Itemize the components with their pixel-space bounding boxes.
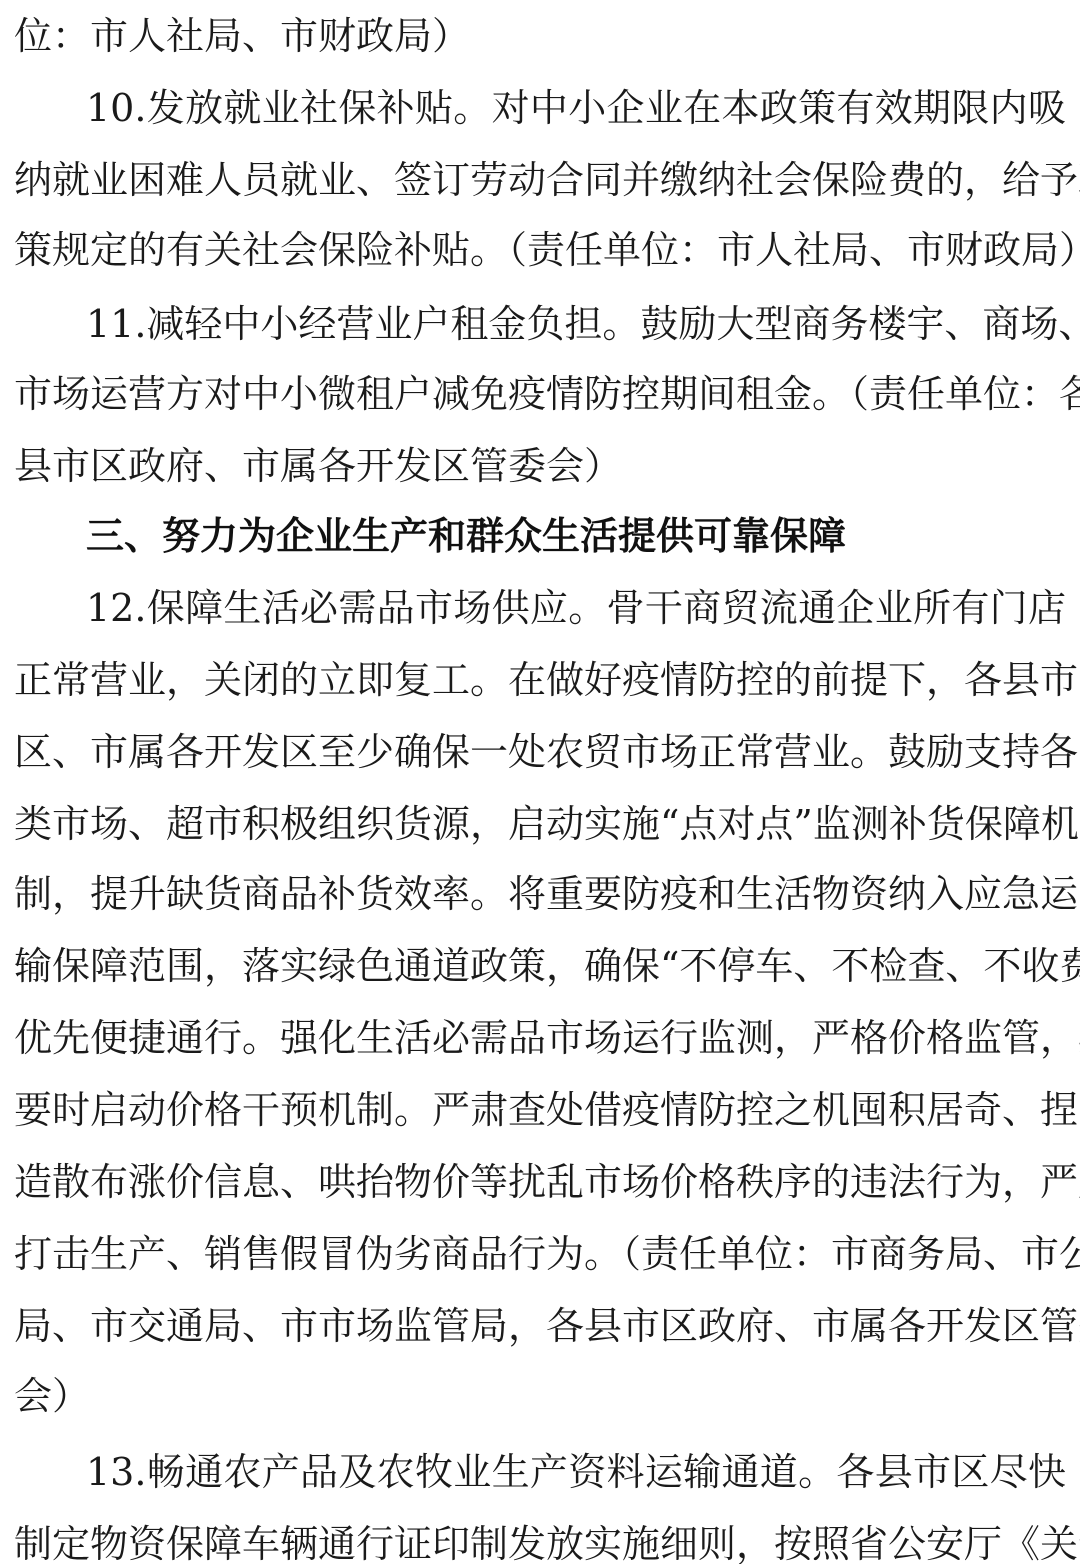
text-line: 类市场、超市积极组织货源，启动实施“点对点”监测补货保障机 (14, 796, 1066, 852)
text-line: 制，提升缺货商品补货效率。将重要防疫和生活物资纳入应急运 (14, 866, 1066, 922)
item-10-first-line: 10.发放就业社保补贴。对中小企业在本政策有效期限内吸 (86, 80, 1066, 136)
text-line: 优先便捷通行。强化生活必需品市场运行监测，严格价格监管，必 (14, 1010, 1066, 1066)
item-13-first-line: 13.畅通农产品及农牧业生产资料运输通道。各县市区尽快 (86, 1444, 1066, 1500)
text-line: 制定物资保障车辆通行证印制发放实施细则，按照省公安厅《关于 (14, 1516, 1066, 1564)
text-line: 局、市交通局、市市场监管局，各县市区政府、市属各开发区管委 (14, 1298, 1066, 1354)
text-line-continuation: 位：市人社局、市财政局） (14, 8, 1066, 64)
document-page: 位：市人社局、市财政局） 10.发放就业社保补贴。对中小企业在本政策有效期限内吸… (0, 0, 1080, 1564)
item-12-first-line: 12.保障生活必需品市场供应。骨干商贸流通企业所有门店 (86, 580, 1066, 636)
text-line: 输保障范围，落实绿色通道政策，确保“不停车、不检查、不收费”， (14, 938, 1066, 994)
text-line: 县市区政府、市属各开发区管委会） (14, 438, 1066, 494)
text-line: 纳就业困难人员就业、签订劳动合同并缴纳社会保险费的，给予政 (14, 152, 1066, 208)
text-line: 要时启动价格干预机制。严肃查处借疫情防控之机囤积居奇、捏 (14, 1082, 1066, 1138)
text-line: 打击生产、销售假冒伪劣商品行为。（责任单位：市商务局、市公安 (14, 1226, 1066, 1282)
text-line: 市场运营方对中小微租户减免疫情防控期间租金。（责任单位：各 (14, 366, 1066, 422)
text-line: 区、市属各开发区至少确保一处农贸市场正常营业。鼓励支持各 (14, 724, 1066, 780)
section-heading: 三、努力为企业生产和群众生活提供可靠保障 (86, 508, 1066, 564)
item-11-first-line: 11.减轻中小经营业户租金负担。鼓励大型商务楼宇、商场、 (86, 296, 1066, 352)
text-line: 策规定的有关社会保险补贴。（责任单位：市人社局、市财政局） (14, 222, 1066, 278)
text-line: 造散布涨价信息、哄抬物价等扰乱市场价格秩序的违法行为，严厉 (14, 1154, 1066, 1210)
text-line: 会） (14, 1368, 1066, 1424)
text-line: 正常营业，关闭的立即复工。在做好疫情防控的前提下，各县市 (14, 652, 1066, 708)
